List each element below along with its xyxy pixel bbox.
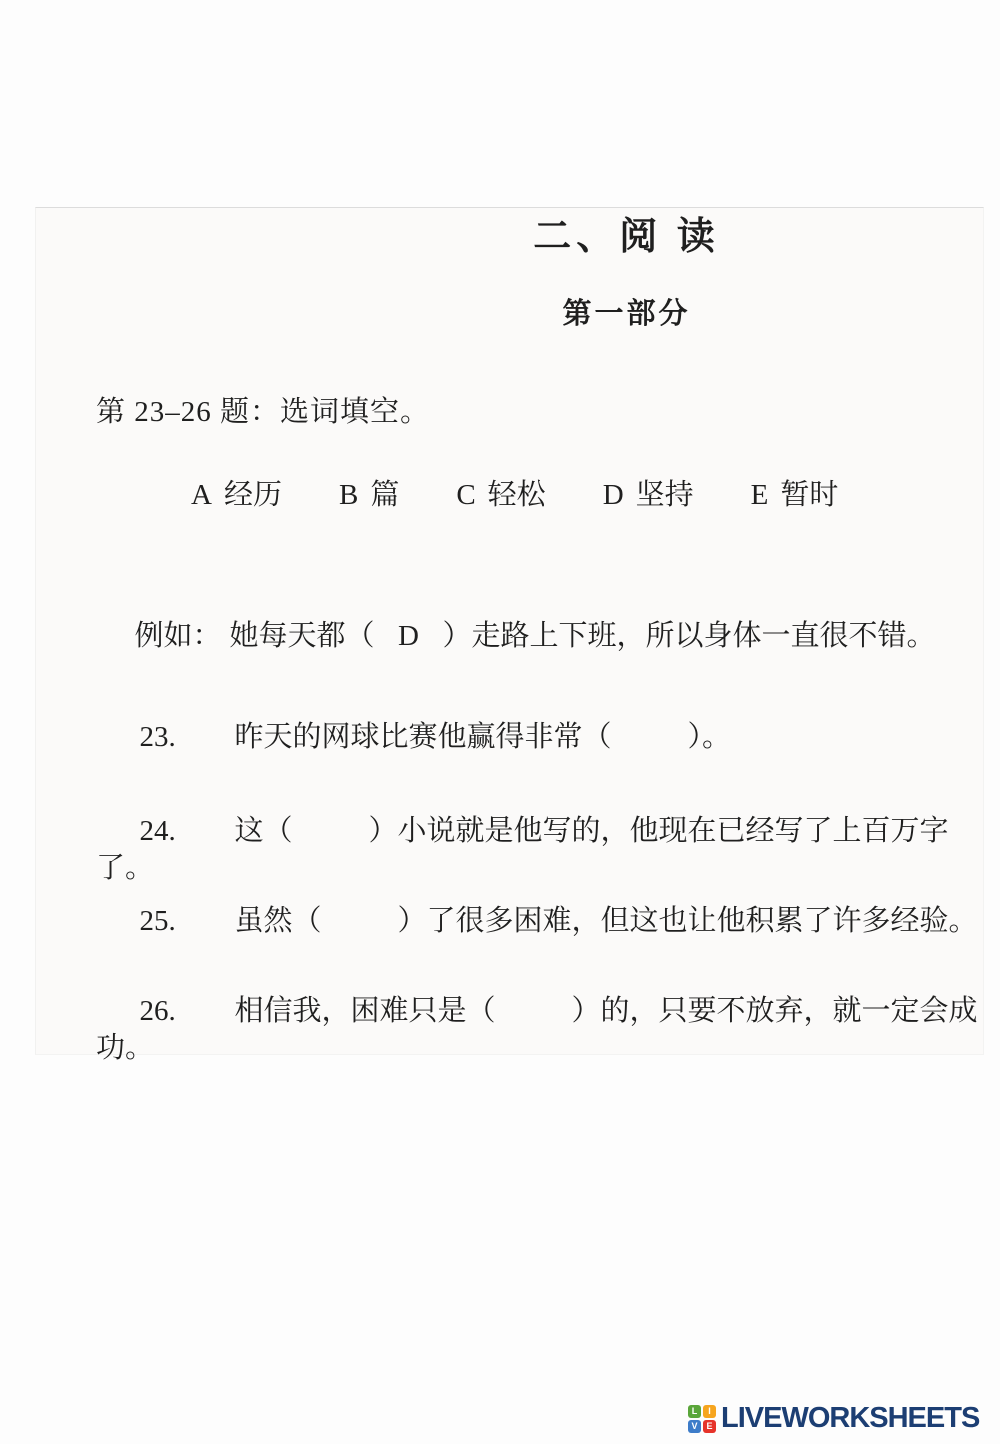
option-word: 篇 (370, 479, 399, 511)
question-text-post: ）。 (688, 721, 732, 753)
example-text-post: ）走路上下班，所以身体一直很不错。 (443, 620, 936, 652)
question-row-26: 26.相信我，困难只是（）的，只要不放弃，就一定会成功。 (96, 957, 983, 1102)
worksheet-canvas: 二、阅 读 第一部分 第 23–26 题：选词填空。 A经历 B篇 C轻松 D坚… (0, 0, 1000, 1444)
logo-square-i: I (703, 1405, 716, 1418)
word-bank-option-b: B篇 (339, 477, 399, 513)
question-text-pre: 这（ (235, 815, 293, 847)
option-letter: A (191, 479, 212, 511)
question-number: 23. (140, 719, 235, 755)
option-word: 轻松 (488, 479, 546, 511)
section-title: 二、阅 读 (36, 214, 983, 262)
question-number: 24. (140, 813, 235, 849)
example-row: 例如：她每天都（D）走路上下班，所以身体一直很不错。 (91, 582, 936, 691)
question-text-pre: 昨天的网球比赛他赢得非常（ (235, 721, 612, 753)
option-word: 坚持 (636, 479, 694, 511)
liveworksheets-logo[interactable]: L I V E LIVEWORKSHEETS (688, 1402, 979, 1435)
word-bank: A经历 B篇 C轻松 D坚持 E暂时 (191, 477, 838, 513)
question-number: 25. (140, 903, 235, 939)
example-label: 例如： (135, 618, 230, 654)
word-bank-option-a: A经历 (191, 477, 282, 513)
logo-square-e: E (703, 1420, 716, 1433)
option-letter: E (751, 479, 769, 511)
liveworksheets-grid-icon: L I V E (688, 1405, 716, 1433)
word-bank-option-e: E暂时 (751, 477, 839, 513)
option-word: 暂时 (780, 479, 838, 511)
option-letter: B (339, 479, 358, 511)
exam-page: 二、阅 读 第一部分 第 23–26 题：选词填空。 A经历 B篇 C轻松 D坚… (35, 207, 984, 1055)
liveworksheets-wordmark: LIVEWORKSHEETS (721, 1402, 979, 1435)
question-text-pre: 虽然（ (235, 905, 322, 937)
instruction-text: 第 23–26 题：选词填空。 (96, 394, 430, 430)
logo-square-l: L (688, 1405, 701, 1418)
question-number: 26. (140, 993, 235, 1029)
question-text-post: ）了很多困难，但这也让他积累了许多经验。 (398, 905, 978, 937)
part-title: 第一部分 (36, 296, 983, 332)
word-bank-option-d: D坚持 (603, 477, 694, 513)
option-word: 经历 (224, 479, 282, 511)
logo-square-v: V (688, 1420, 701, 1433)
question-text-pre: 相信我，困难只是（ (235, 995, 496, 1027)
option-letter: C (456, 479, 475, 511)
example-text-pre: 她每天都（ (230, 620, 375, 652)
example-answer: D (375, 618, 443, 654)
option-letter: D (603, 479, 624, 511)
question-row-23: 23.昨天的网球比赛他赢得非常（）。 (96, 683, 731, 792)
word-bank-option-c: C轻松 (456, 477, 545, 513)
